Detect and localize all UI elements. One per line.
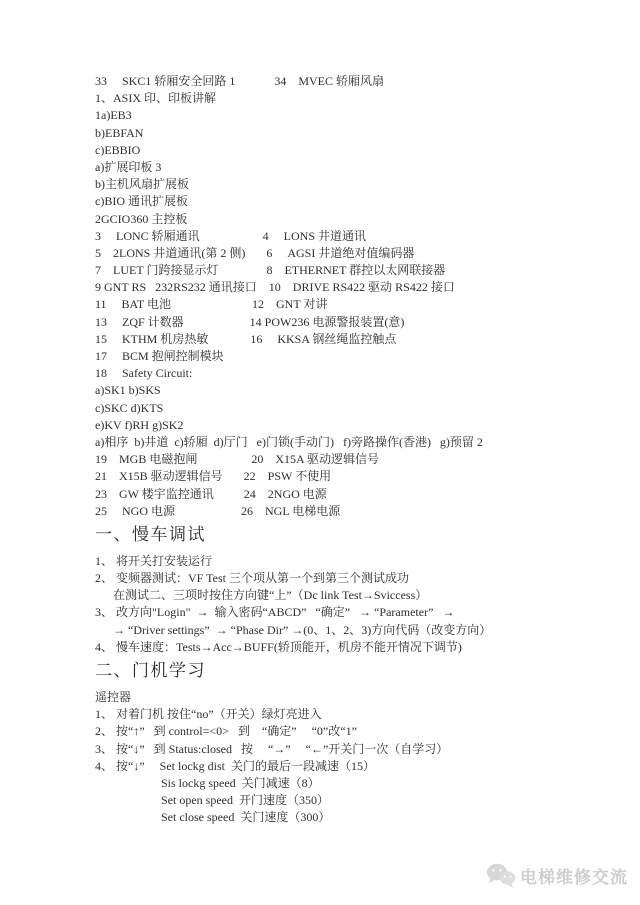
text-line: 2GCIO360 主控板 [95,211,585,228]
document-content: 33 SKC1 轿厢安全回路 1 34 MVEC 轿厢风扇1、ASIX 印、印板… [95,73,585,827]
text-line: 2、 变频器测试：VF Test 三个项从第一个到第三个测试成功 [95,570,585,587]
text-line: Set open speed 开门速度（350） [95,792,585,809]
text-line: 17 BCM 抱闸控制模块 [95,348,585,365]
text-line: e)KV f)RH g)SK2 [95,417,585,434]
text-line: 19 MGB 电磁抱闸 20 X15A 驱动逻辑信号 [95,451,585,468]
text-line: 15 KTHM 机房热敏 16 KKSA 钢丝绳监控触点 [95,331,585,348]
text-line: a)相序 b)井道 c)轿厢 d)厅门 e)门锁(手动门) f)旁路操作(香港)… [95,434,585,451]
text-line: 7 LUET 门跨接显示灯 8 ETHERNET 群控以太网联接器 [95,262,585,279]
text-line: Set close speed 关门速度（300） [95,809,585,826]
text-line: 1、ASIX 印、印板讲解 [95,90,585,107]
text-line: a)扩展印板 3 [95,159,585,176]
text-line: c)SKC d)KTS [95,400,585,417]
text-line: b)EBFAN [95,125,585,142]
text-line: 4、 按“↓” Set lockg dist 关门的最后一段减速（15） [95,758,585,775]
watermark: 电梯维修交流 [486,862,628,889]
text-line: 5 2LONS 井道通讯(第 2 侧) 6 AGSI 井道绝对值编码器 [95,245,585,262]
text-line: 11 BAT 电池 12 GNT 对讲 [95,296,585,313]
text-line: a)SK1 b)SKS [95,382,585,399]
text-line: → “Driver settings” → “Phase Dir” →(0、1、… [95,622,585,639]
text-line: 18 Safety Circuit: [95,365,585,382]
text-line: 9 GNT RS 232RS232 通讯接口 10 DRIVE RS422 驱动… [95,279,585,296]
component-list: 33 SKC1 轿厢安全回路 1 34 MVEC 轿厢风扇1、ASIX 印、印板… [95,73,585,520]
text-line: c)BIO 通讯扩展板 [95,193,585,210]
text-line: b)主机风扇扩展板 [95,176,585,193]
text-line: 33 SKC1 轿厢安全回路 1 34 MVEC 轿厢风扇 [95,73,585,90]
text-line: 1、 将开关打安装运行 [95,553,585,570]
text-line: 25 NGO 电源 26 NGL 电梯电源 [95,503,585,520]
wechat-icon [486,862,516,889]
section-heading-door-machine-learning: 二、门机学习 [95,660,585,682]
text-line: 1、 对着门机 按住“no”（开关）绿灯亮进入 [95,706,585,723]
text-line: Sis lockg speed 关门减速（8） [95,775,585,792]
text-line: 遥控器 [95,689,585,706]
section-heading-slow-car-debug: 一、慢车调试 [95,524,585,546]
text-line: 4、 慢车速度：Tests→Acc→BUFF(轿顶能开，机房不能开情况下调节) [95,639,585,656]
text-line: 3、 按“↓” 到 Status:closed 按 “→” “←”开关门一次（自… [95,741,585,758]
text-line: 2、 按“↑” 到 control=<0> 到 “确定” “0”改“1” [95,723,585,740]
section-slow-car-debug-lines: 1、 将开关打安装运行2、 变频器测试：VF Test 三个项从第一个到第三个测… [95,553,585,656]
text-line: c)EBBIO [95,142,585,159]
text-line: 3 LONC 轿厢通讯 4 LONS 井道通讯 [95,228,585,245]
text-line: 1a)EB3 [95,107,585,124]
text-line: 13 ZQF 计数器 14 POW236 电源警报装置(意) [95,314,585,331]
text-line: 21 X15B 驱动逻辑信号 22 PSW 不使用 [95,468,585,485]
text-line: 在测试二、三项时按住方向键“上”（Dc link Test→Sviccess） [95,587,585,604]
text-line: 23 GW 楼宇监控通讯 24 2NGO 电源 [95,486,585,503]
text-line: 3、 改方向"Login" → 输入密码“ABCD” “确定” → “Param… [95,604,585,621]
watermark-label: 电梯维修交流 [520,863,628,888]
section-door-machine-learning-lines: 遥控器1、 对着门机 按住“no”（开关）绿灯亮进入2、 按“↑” 到 cont… [95,689,585,827]
